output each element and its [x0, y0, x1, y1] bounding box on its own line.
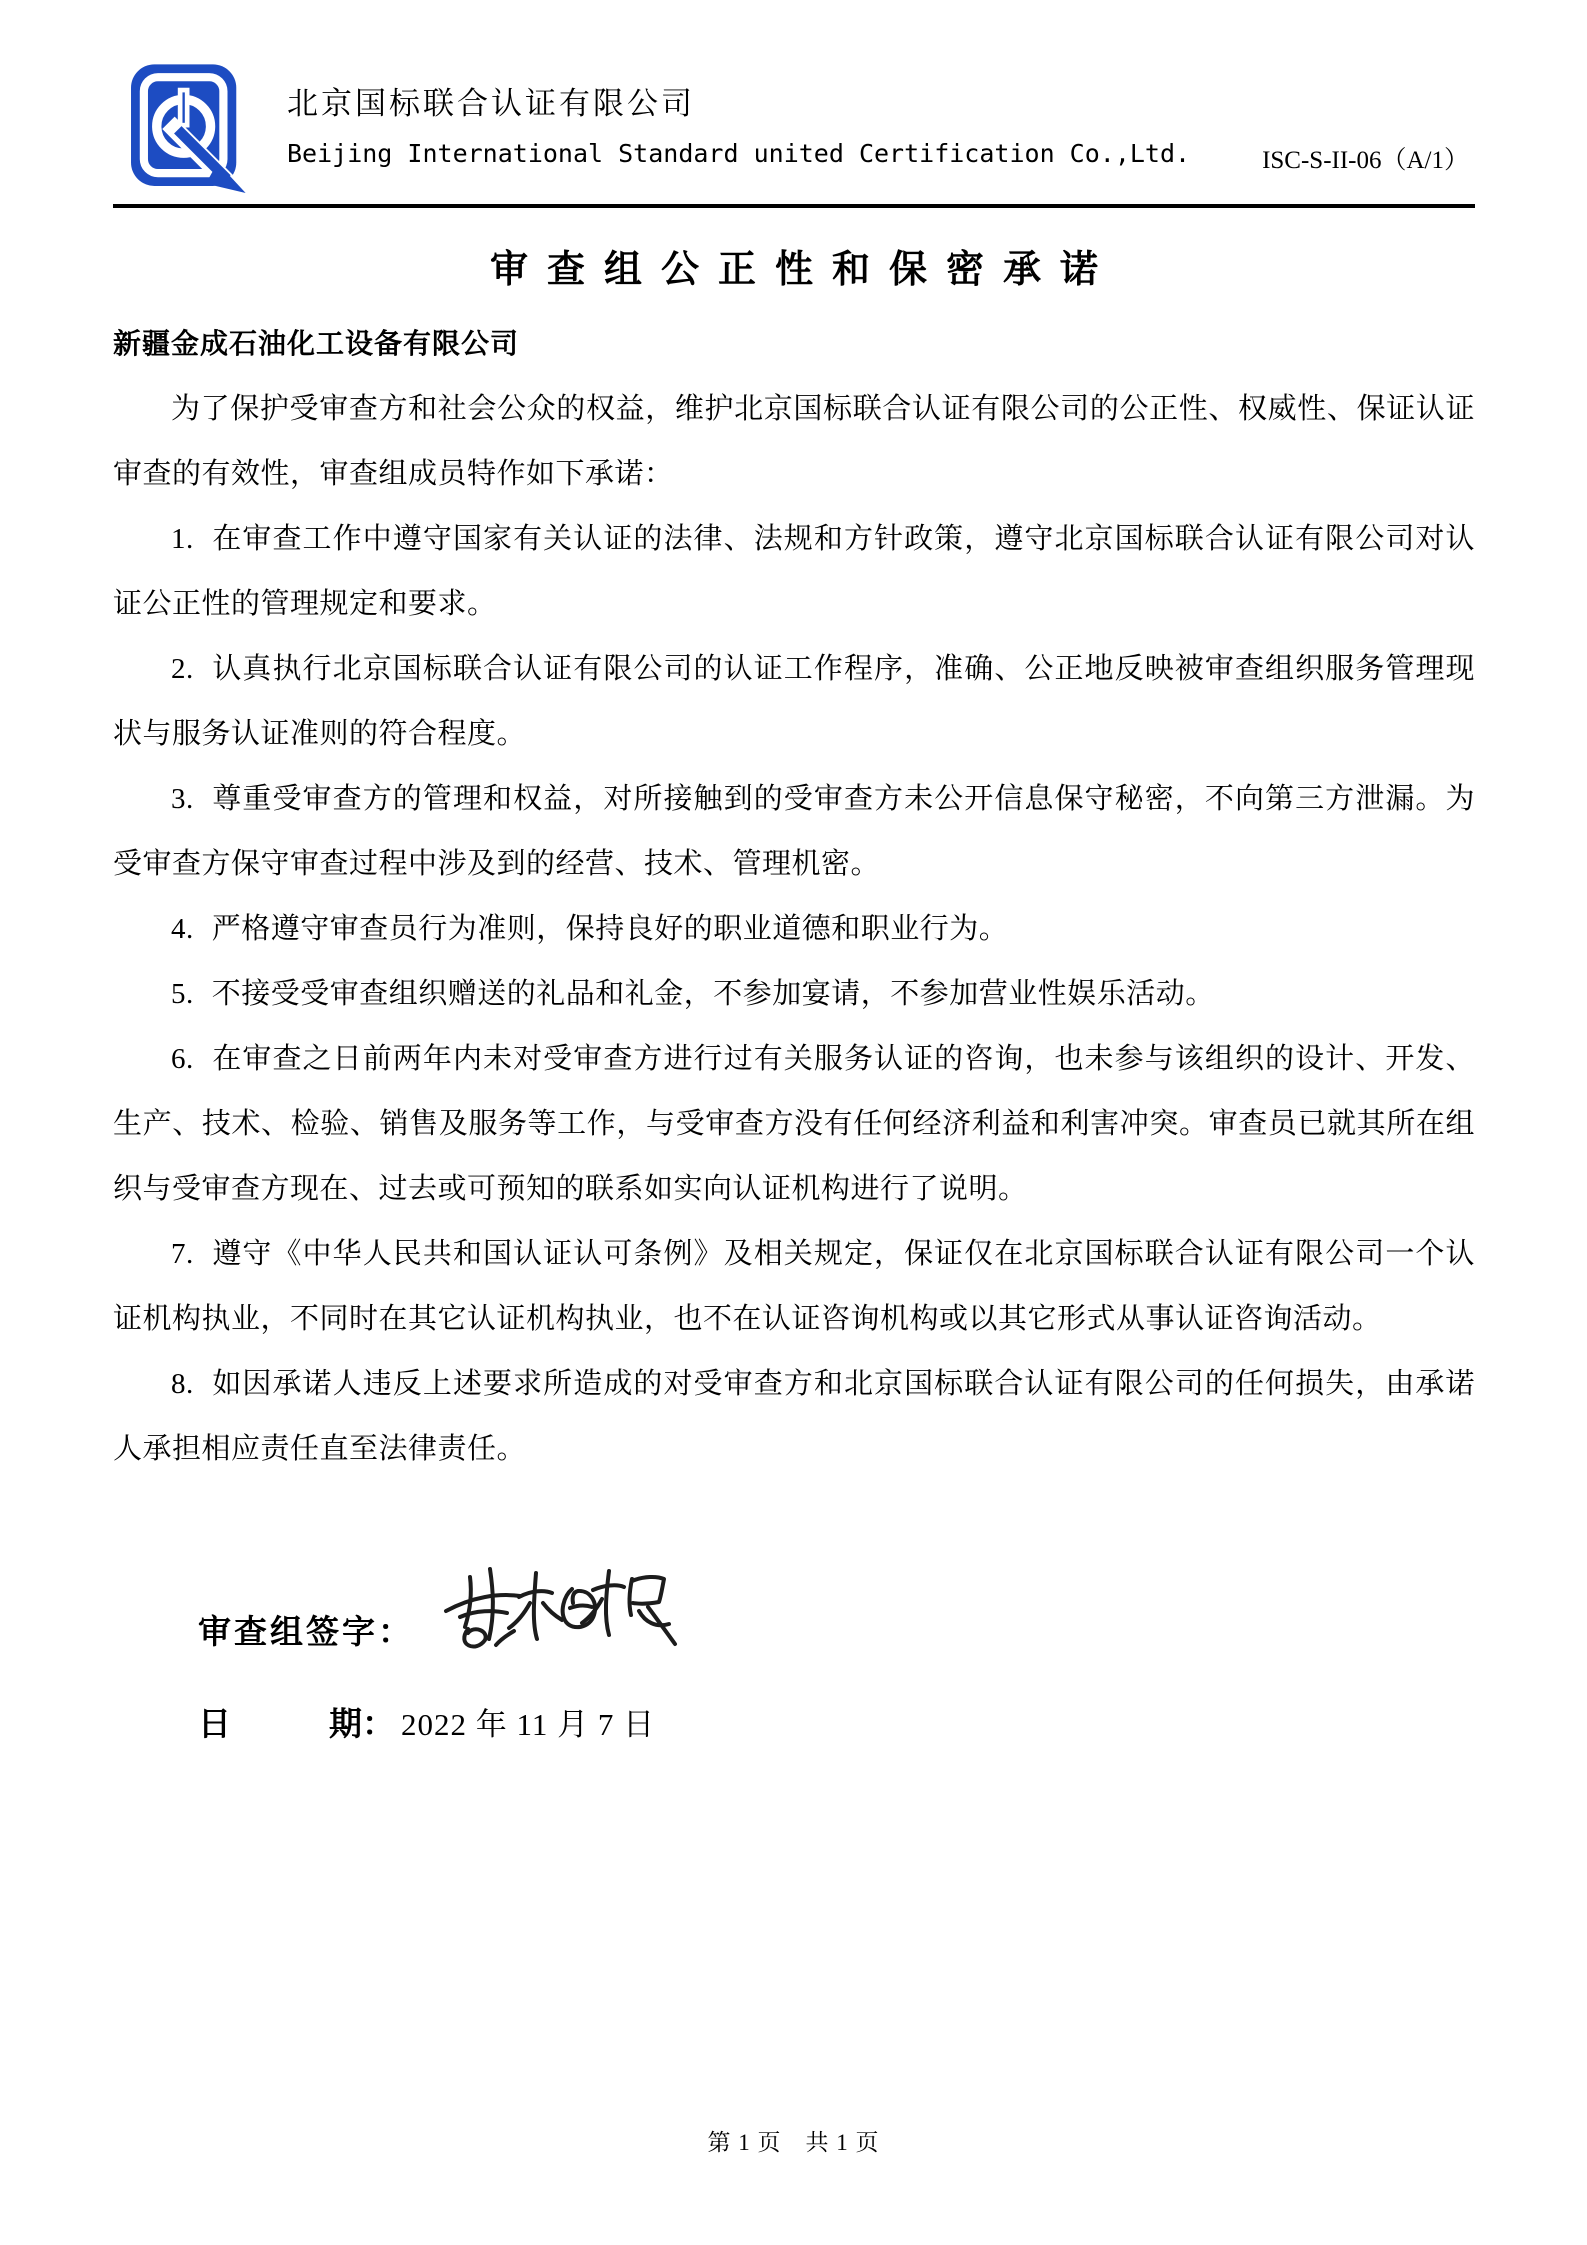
document-body: 审查组公正性和保密承诺 新疆金成石油化工设备有限公司 为了保护受审查方和社会公众… — [113, 238, 1475, 1745]
item-number: 7. — [171, 1238, 194, 1270]
item-text: 遵守《中华人民共和国认证认可条例》及相关规定，保证仅在北京国标联合认证有限公司一… — [113, 1238, 1475, 1335]
item-text: 不接受受审查组织赠送的礼品和礼金，不参加宴请，不参加营业性娱乐活动。 — [212, 978, 1215, 1010]
item-number: 4. — [171, 913, 194, 945]
signature-label: 审查组签字： — [198, 1606, 414, 1653]
page-title: 审查组公正性和保密承诺 — [113, 238, 1475, 293]
auditee-company: 新疆金成石油化工设备有限公司 — [113, 319, 1475, 371]
item-number: 5. — [171, 978, 194, 1010]
item-number: 2. — [171, 653, 194, 685]
page-footer: 第 1 页 共 1 页 — [0, 2124, 1587, 2157]
item-text: 在审查之日前两年内未对受审查方进行过有关服务认证的咨询，也未参与该组织的设计、开… — [113, 1043, 1475, 1205]
date-row: 日 期： 2022 年 11 月 7 日 — [113, 1698, 1475, 1745]
item-number: 6. — [171, 1043, 194, 1075]
commitment-item-8: 8.如因承诺人违反上述要求所造成的对受审查方和北京国标联合认证有限公司的任何损失… — [113, 1352, 1475, 1482]
item-number: 1. — [171, 523, 194, 555]
date-label-part2: 期： — [329, 1698, 395, 1745]
item-text: 如因承诺人违反上述要求所造成的对受审查方和北京国标联合认证有限公司的任何损失，由… — [113, 1368, 1475, 1465]
intro-paragraph: 为了保护受审查方和社会公众的权益，维护北京国标联合认证有限公司的公正性、权威性、… — [113, 377, 1475, 507]
commitment-item-2: 2.认真执行北京国标联合认证有限公司的认证工作程序，准确、公正地反映被审查组织服… — [113, 637, 1475, 767]
header: 北京国标联合认证有限公司 Beijing International Stand… — [113, 62, 1475, 200]
company-name-cn: 北京国标联合认证有限公司 — [287, 78, 1475, 123]
commitment-item-4: 4.严格遵守审查员行为准则，保持良好的职业道德和职业行为。 — [113, 897, 1475, 962]
header-divider — [113, 204, 1475, 208]
commitment-item-6: 6.在审查之日前两年内未对受审查方进行过有关服务认证的咨询，也未参与该组织的设计… — [113, 1027, 1475, 1222]
handwritten-signature — [432, 1559, 682, 1674]
item-text: 在审查工作中遵守国家有关认证的法律、法规和方针政策，遵守北京国标联合认证有限公司… — [113, 523, 1475, 620]
commitment-item-7: 7.遵守《中华人民共和国认证认可条例》及相关规定，保证仅在北京国标联合认证有限公… — [113, 1222, 1475, 1352]
commitment-item-1: 1.在审查工作中遵守国家有关认证的法律、法规和方针政策，遵守北京国标联合认证有限… — [113, 507, 1475, 637]
item-number: 3. — [171, 783, 194, 815]
item-text: 尊重受审查方的管理和权益，对所接触到的受审查方未公开信息保守秘密，不向第三方泄漏… — [113, 783, 1475, 880]
item-number: 8. — [171, 1368, 194, 1400]
commitment-item-5: 5.不接受受审查组织赠送的礼品和礼金，不参加宴请，不参加营业性娱乐活动。 — [113, 962, 1475, 1027]
signature-row: 审查组签字： — [113, 1574, 1475, 1684]
commitment-item-3: 3.尊重受审查方的管理和权益，对所接触到的受审查方未公开信息保守秘密，不向第三方… — [113, 767, 1475, 897]
bisc-logo-icon — [113, 62, 273, 200]
date-label-part1: 日 — [198, 1698, 231, 1745]
document-page: 北京国标联合认证有限公司 Beijing International Stand… — [0, 0, 1587, 2245]
doc-code: ISC-S-II-06（A/1） — [1262, 140, 1469, 176]
item-text: 认真执行北京国标联合认证有限公司的认证工作程序，准确、公正地反映被审查组织服务管… — [113, 653, 1475, 750]
date-value: 2022 年 11 月 7 日 — [401, 1699, 655, 1744]
item-text: 严格遵守审查员行为准则，保持良好的职业道德和职业行为。 — [212, 913, 1009, 945]
